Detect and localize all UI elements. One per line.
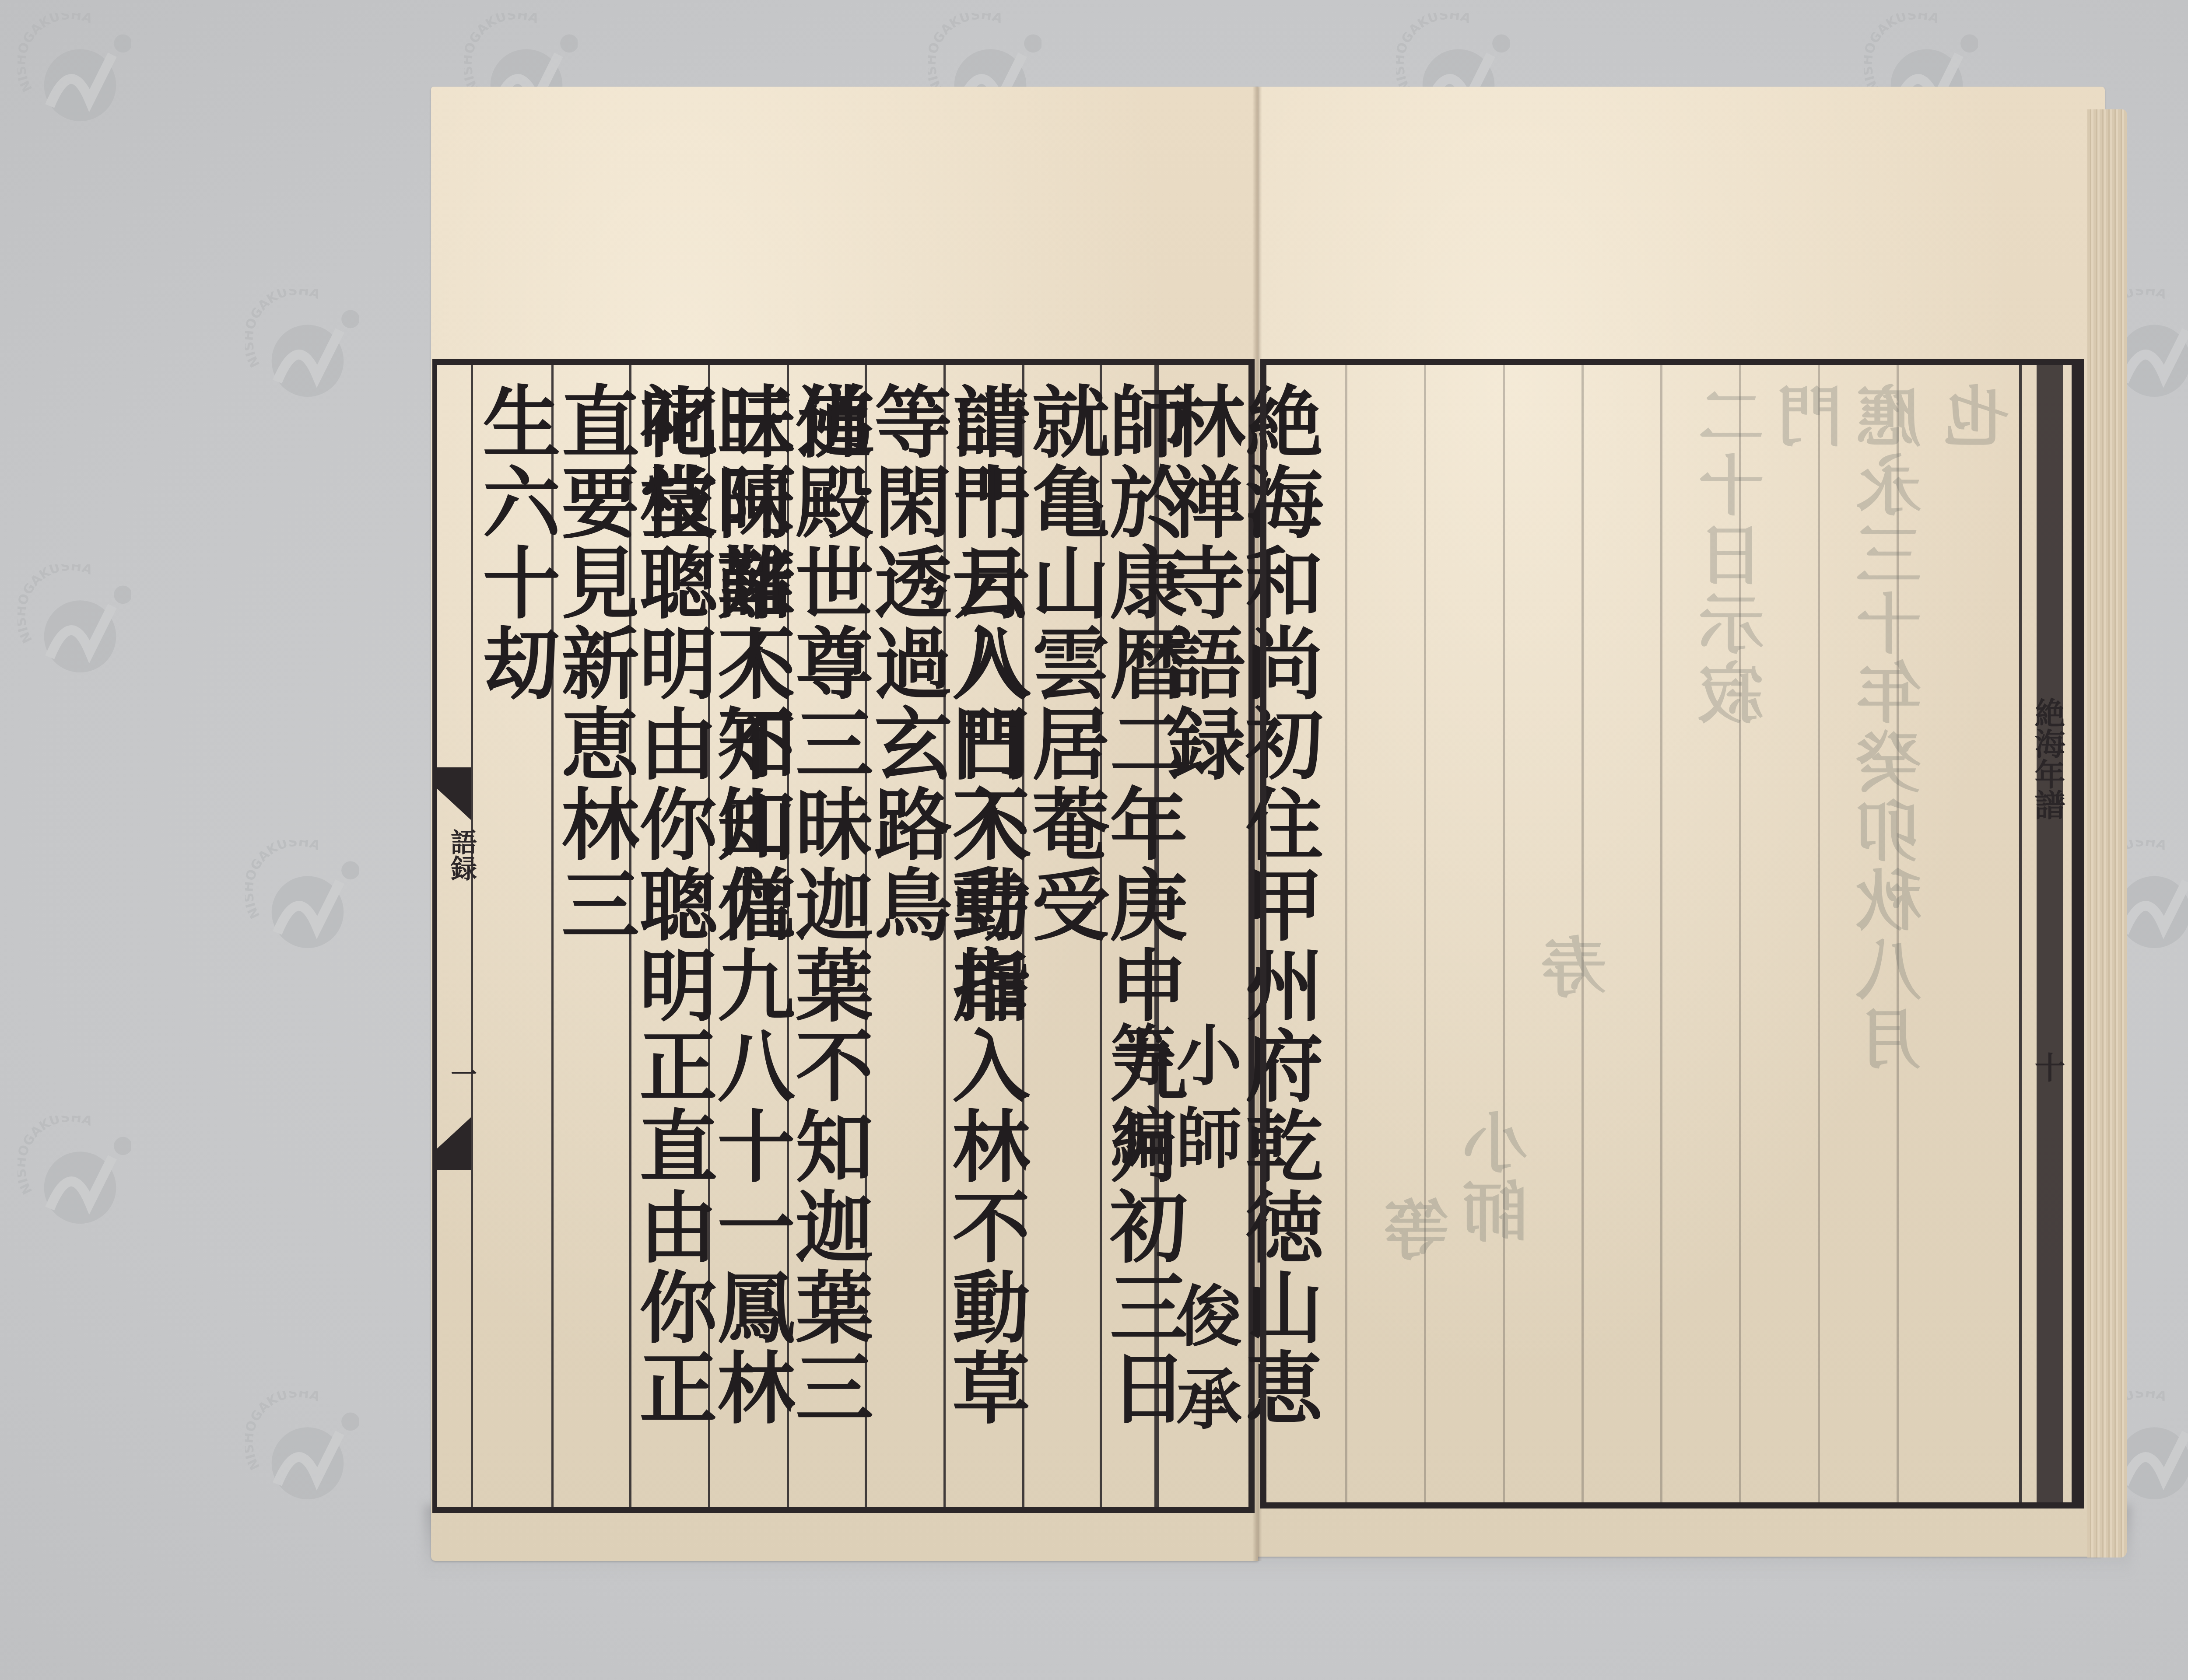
watermark-logo-icon: NISHOGAKUSHA — [18, 564, 131, 678]
left-page-frame: 語録 一 絶海和尚初住甲州府乾徳山恵林禅寺語録 小師 俊承 等編 師於康暦二年庚… — [432, 359, 1255, 1513]
column-rule — [1503, 365, 1505, 1502]
left-margin-strip: 語録 一 — [437, 365, 471, 1507]
bleed-through-text: 小師 — [1468, 1109, 1533, 1247]
margin-label: 語録 — [443, 829, 480, 881]
bleed-through-text: 應永三十年癸卯秋八月 — [1862, 382, 1927, 1074]
watermark-logo-icon: NISHOGAKUSHA — [245, 1391, 359, 1505]
column-rule — [1818, 365, 1820, 1502]
bleed-through-text: 也 — [1949, 382, 2015, 451]
column-rule — [1345, 365, 1347, 1502]
watermark-logo-icon: NISHOGAKUSHA — [245, 840, 359, 954]
watermark-logo-icon: NISHOGAKUSHA — [18, 13, 131, 127]
column-rule — [1424, 365, 1426, 1502]
text-column-3: 山門云入門不動扉入林不動草等閑透過玄路鳥 — [868, 381, 1024, 1507]
right-margin-band — [2037, 365, 2063, 1502]
bleed-through-text: 等 — [1389, 1196, 1455, 1265]
column-rule — [1660, 365, 1662, 1502]
fish-tail-mark-top — [437, 767, 471, 820]
right-page-frame: 也 應永三十年癸卯秋八月 門 二十日示寂 寿 小師 等 絶海年譜 十 — [1260, 359, 2084, 1508]
right-margin-label: 絶海年譜 — [2026, 697, 2070, 820]
bleed-through-text: 二十日示寂 — [1704, 382, 1770, 728]
fish-tail-mark-bottom — [437, 1117, 471, 1170]
watermark-logo-icon: NISHOGAKUSHA — [18, 1116, 131, 1229]
text-column-7: 祠堂聰明由你聰明正直由你正直要見新恵林三 — [555, 381, 711, 1507]
text-column-8: 生六十刧 — [476, 381, 554, 703]
bleed-through-text: 寿 — [1546, 934, 1612, 1003]
right-folio-number: 十 — [2026, 1052, 2070, 1082]
bleed-through-text: 門 — [1783, 382, 1848, 451]
text-column-1: 師於康暦二年庚申九月初三日就亀山雲居菴受 — [1025, 381, 1181, 1507]
fore-edge-stack — [2087, 109, 2127, 1557]
watermark-logo-icon: NISHOGAKUSHA — [245, 289, 359, 402]
column-rule — [2019, 365, 2022, 1502]
folio-number: 一 — [443, 1060, 480, 1087]
